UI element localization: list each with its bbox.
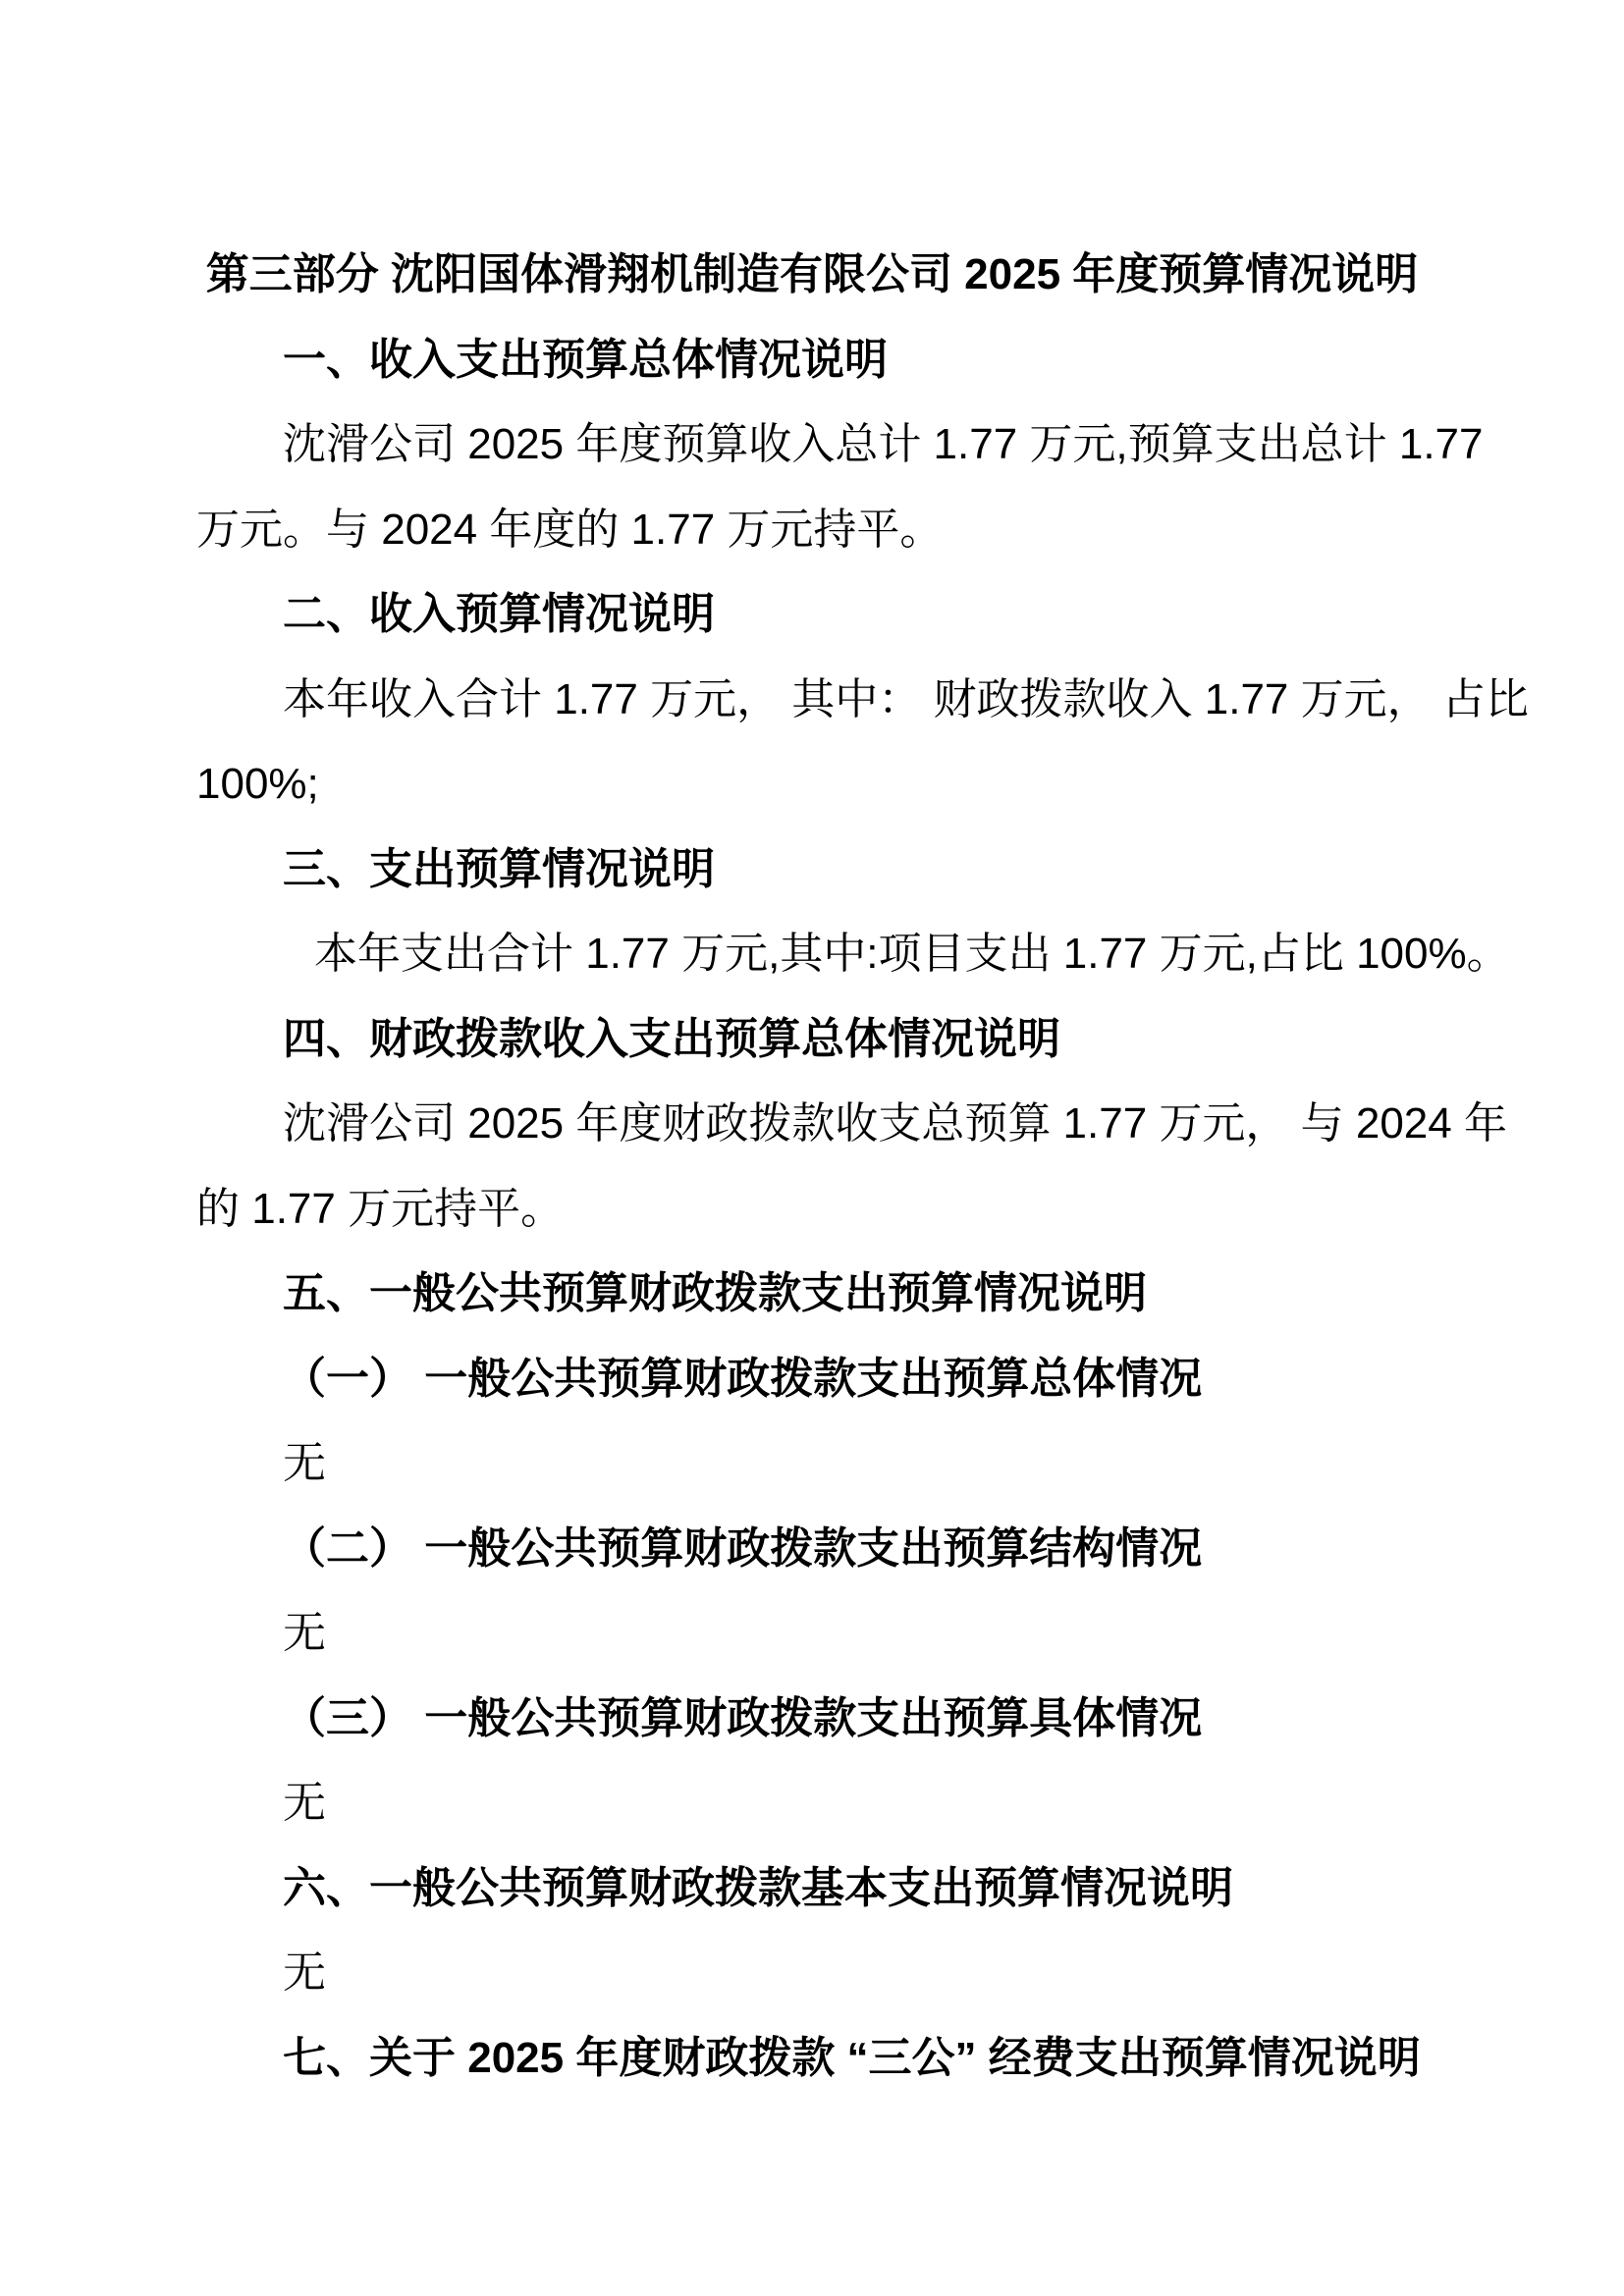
para-4-line-2: 的 1.77 万元持平。 — [196, 1167, 1428, 1253]
para-4-line-1: 沈滑公司 2025 年度财政拨款收支总预算 1.77 万元， 与 2024 年 — [196, 1082, 1428, 1167]
subheading-5-1: （一） 一般公共预算财政拨款支出预算总体情况 — [196, 1337, 1428, 1422]
para-2-line-2: 100%; — [196, 742, 1428, 828]
doc-title: 第三部分 沈阳国体滑翔机制造有限公司 2025 年度预算情况说明 — [196, 233, 1428, 318]
para-1-line-2: 万元。与 2024 年度的 1.77 万元持平。 — [196, 488, 1428, 573]
value-none-5-3: 无 — [196, 1761, 1428, 1846]
heading-section-3: 三、支出预算情况说明 — [196, 828, 1428, 913]
subheading-5-2: （二） 一般公共预算财政拨款支出预算结构情况 — [196, 1507, 1428, 1592]
subheading-5-3: （三） 一般公共预算财政拨款支出预算具体情况 — [196, 1677, 1428, 1762]
heading-section-7: 七、关于 2025 年度财政拨款 “三公” 经费支出预算情况说明 — [196, 2016, 1428, 2102]
value-none-5-1: 无 — [196, 1421, 1428, 1507]
para-3-line-1: 本年支出合计 1.77 万元,其中:项目支出 1.77 万元,占比 100%。 — [196, 912, 1428, 997]
para-1-line-1: 沈滑公司 2025 年度预算收入总计 1.77 万元,预算支出总计 1.77 — [196, 402, 1428, 488]
heading-section-6: 六、一般公共预算财政拨款基本支出预算情况说明 — [196, 1846, 1428, 1932]
value-none-6: 无 — [196, 1931, 1428, 2016]
heading-section-2: 二、收入预算情况说明 — [196, 572, 1428, 658]
document-page: 第三部分 沈阳国体滑翔机制造有限公司 2025 年度预算情况说明 一、收入支出预… — [0, 0, 1624, 2296]
para-2-line-1: 本年收入合计 1.77 万元， 其中： 财政拨款收入 1.77 万元， 占比 — [196, 658, 1428, 743]
heading-section-4: 四、财政拨款收入支出预算总体情况说明 — [196, 997, 1428, 1083]
heading-section-5: 五、一般公共预算财政拨款支出预算情况说明 — [196, 1252, 1428, 1337]
value-none-5-2: 无 — [196, 1591, 1428, 1677]
heading-section-1: 一、收入支出预算总体情况说明 — [196, 318, 1428, 403]
